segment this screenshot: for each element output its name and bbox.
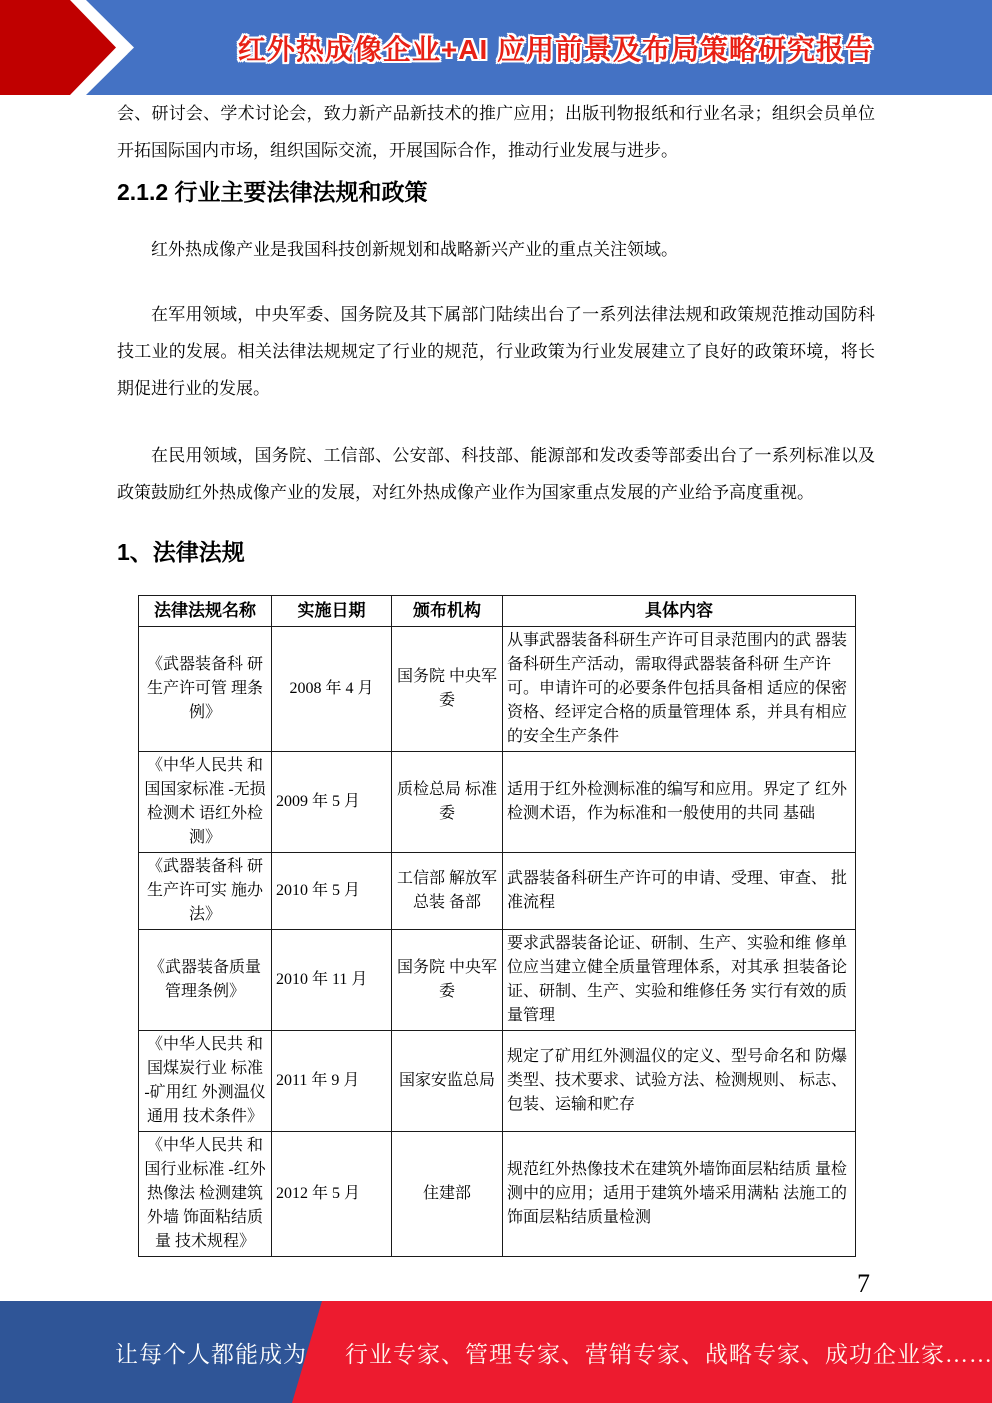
table-row: 《武器装备质量管理条例》2010 年 11 月国务院 中央军委要求武器装备论证、… [139, 930, 856, 1031]
table-row: 《武器装备科 研生产许可实 施办法》2010 年 5 月工信部 解放军总装 备部… [139, 853, 856, 930]
table-header-row: 法律法规名称实施日期颁布机构具体内容 [139, 596, 856, 627]
report-title: 红外热成像企业+AI 应用前景及布局策略研究报告 [140, 0, 972, 95]
table-row: 《武器装备科 研生产许可管 理条例》2008 年 4 月国务院 中央军委从事武器… [139, 627, 856, 752]
table-cell-name: 《中华人民共 和国行业标准 -红外热像法 检测建筑外墙 饰面粘结质量 技术规程》 [139, 1132, 272, 1257]
table-cell-agency: 国家安监总局 [392, 1031, 503, 1132]
document-body: 会、研讨会、学术讨论会，致力新产品新技术的推广应用；出版刊物报纸和行业名录；组织… [117, 95, 875, 1257]
table-cell-name: 《武器装备科 研生产许可实 施办法》 [139, 853, 272, 930]
body-paragraph: 在民用领域，国务院、工信部、公安部、科技部、能源部和发改委等部委出台了一系列标准… [117, 437, 875, 511]
table-cell-content: 要求武器装备论证、研制、生产、实验和维 修单位应当建立健全质量管理体系，对其承 … [503, 930, 856, 1031]
footer-banner: 让每个人都能成为 行业专家、管理专家、营销专家、战略专家、成功企业家…… [0, 1301, 992, 1403]
table-cell-agency: 国务院 中央军委 [392, 930, 503, 1031]
table-cell-date: 2010 年 5 月 [272, 853, 392, 930]
footer-slogan-left: 让每个人都能成为 [115, 1301, 307, 1403]
regulations-table: 法律法规名称实施日期颁布机构具体内容 《武器装备科 研生产许可管 理条例》200… [138, 595, 856, 1257]
table-cell-content: 适用于红外检测标准的编写和应用。界定了 红外检测术语，作为标准和一般使用的共同 … [503, 752, 856, 853]
table-cell-content: 武器装备科研生产许可的申请、受理、审查、 批准流程 [503, 853, 856, 930]
table-cell-name: 《武器装备质量管理条例》 [139, 930, 272, 1031]
intro-paragraph: 会、研讨会、学术讨论会，致力新产品新技术的推广应用；出版刊物报纸和行业名录；组织… [117, 95, 875, 169]
table-header-cell: 颁布机构 [392, 596, 503, 627]
table-body: 《武器装备科 研生产许可管 理条例》2008 年 4 月国务院 中央军委从事武器… [139, 627, 856, 1257]
arrow-red-shape [0, 0, 120, 95]
table-cell-content: 规定了矿用红外测温仪的定义、型号命名和 防爆类型、技术要求、试验方法、检测规则、… [503, 1031, 856, 1132]
table-cell-date: 2010 年 11 月 [272, 930, 392, 1031]
table-row: 《中华人民共 和国国家标准 -无损检测术 语红外检测》2009 年 5 月质检总… [139, 752, 856, 853]
page-number: 7 [857, 1269, 870, 1299]
table-header-cell: 实施日期 [272, 596, 392, 627]
table-cell-date: 2008 年 4 月 [272, 627, 392, 752]
table-row: 《中华人民共 和国煤炭行业 标准 -矿用红 外测温仪通用 技术条件》2011 年… [139, 1031, 856, 1132]
section-heading: 2.1.2 行业主要法律法规和政策 [117, 175, 875, 209]
table-cell-name: 《中华人民共 和国煤炭行业 标准 -矿用红 外测温仪通用 技术条件》 [139, 1031, 272, 1132]
table-cell-agency: 质检总局 标准委 [392, 752, 503, 853]
table-cell-agency: 住建部 [392, 1132, 503, 1257]
header-banner: 红外热成像企业+AI 应用前景及布局策略研究报告 [0, 0, 992, 95]
table-cell-date: 2009 年 5 月 [272, 752, 392, 853]
table-cell-agency: 工信部 解放军总装 备部 [392, 853, 503, 930]
table-header-cell: 具体内容 [503, 596, 856, 627]
table-cell-name: 《武器装备科 研生产许可管 理条例》 [139, 627, 272, 752]
table-cell-date: 2011 年 9 月 [272, 1031, 392, 1132]
body-paragraph: 红外热成像产业是我国科技创新规划和战略新兴产业的重点关注领域。 [117, 231, 875, 268]
table-header-row: 法律法规名称实施日期颁布机构具体内容 [139, 596, 856, 627]
table-cell-agency: 国务院 中央军委 [392, 627, 503, 752]
table-header-cell: 法律法规名称 [139, 596, 272, 627]
table-cell-date: 2012 年 5 月 [272, 1132, 392, 1257]
body-paragraph: 在军用领域，中央军委、国务院及其下属部门陆续出台了一系列法律法规和政策规范推动国… [117, 296, 875, 407]
footer-slogan-right: 行业专家、管理专家、营销专家、战略专家、成功企业家…… [345, 1301, 992, 1403]
table-cell-content: 从事武器装备科研生产许可目录范围内的武 器装备科研生产活动，需取得武器装备科研 … [503, 627, 856, 752]
subsection-heading: 1、法律法规 [117, 535, 875, 569]
red-arrow-icon [0, 0, 140, 95]
table-cell-name: 《中华人民共 和国国家标准 -无损检测术 语红外检测》 [139, 752, 272, 853]
table-cell-content: 规范红外热像技术在建筑外墙饰面层粘结质 量检测中的应用；适用于建筑外墙采用满粘 … [503, 1132, 856, 1257]
table-row: 《中华人民共 和国行业标准 -红外热像法 检测建筑外墙 饰面粘结质量 技术规程》… [139, 1132, 856, 1257]
